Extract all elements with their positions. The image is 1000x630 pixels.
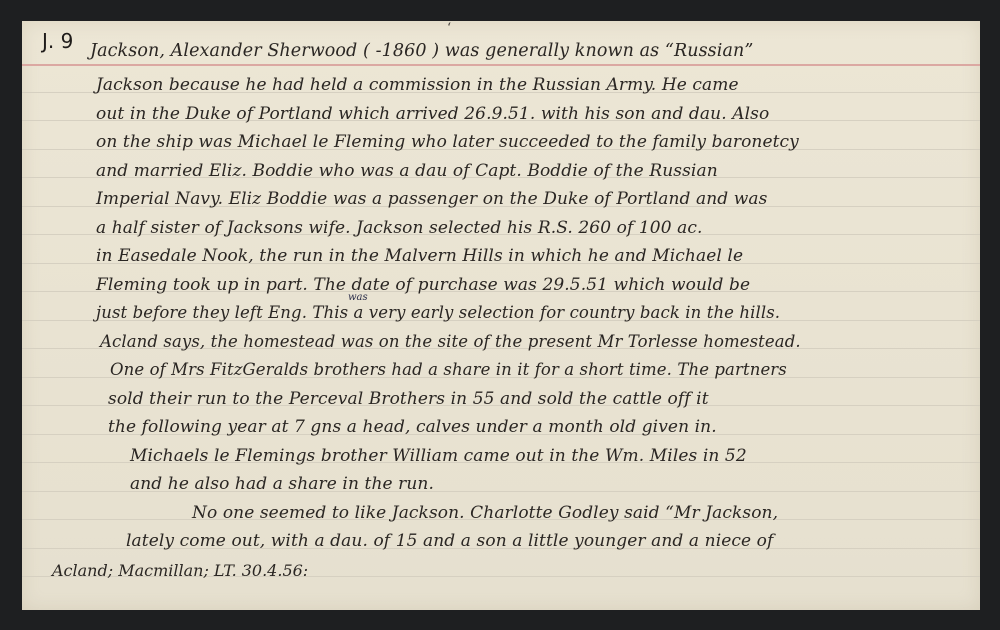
text-line: out in the Duke of Portland which arrive… (96, 104, 769, 124)
text-line: One of Mrs FitzGeralds brothers had a sh… (110, 360, 787, 379)
text-line: a half sister of Jacksons wife. Jackson … (96, 218, 702, 238)
text-line: and married Eliz. Boddie who was a dau o… (96, 161, 718, 181)
text-line: in Easedale Nook, the run in the Malvern… (96, 246, 743, 266)
text-line: Acland says, the homestead was on the si… (100, 332, 801, 351)
card-index-label: J. 9 (42, 29, 73, 53)
text-line: on the ship was Michael le Fleming who l… (96, 132, 799, 152)
text-line: No one seemed to like Jackson. Charlotte… (192, 503, 778, 523)
index-card: J. 9 ʻ Jackson, Alexander Sherwood ( -18… (22, 21, 980, 610)
text-line: and he also had a share in the run. (130, 474, 434, 494)
text-line: Michaels le Flemings brother William cam… (130, 446, 747, 466)
interlinear-insert: was (348, 292, 368, 303)
source-references: Acland; Macmillan; LT. 30.4.56: (52, 561, 308, 580)
text-line: sold their run to the Perceval Brothers … (108, 389, 709, 409)
text-line: Imperial Navy. Eliz Boddie was a passeng… (96, 189, 767, 209)
text-line: Jackson because he had held a commission… (96, 75, 739, 95)
text-line: lately come out, with a dau. of 15 and a… (126, 531, 773, 551)
text-line: the following year at 7 gns a head, calv… (108, 417, 717, 437)
text-line: Fleming took up in part. The date of pur… (96, 275, 750, 295)
annotation-mark: ʻ (447, 21, 451, 36)
text-line: just before they left Eng. This a very e… (96, 303, 780, 322)
header-red-rule (22, 64, 980, 66)
entry-title-line: Jackson, Alexander Sherwood ( -1860 ) wa… (90, 41, 753, 61)
